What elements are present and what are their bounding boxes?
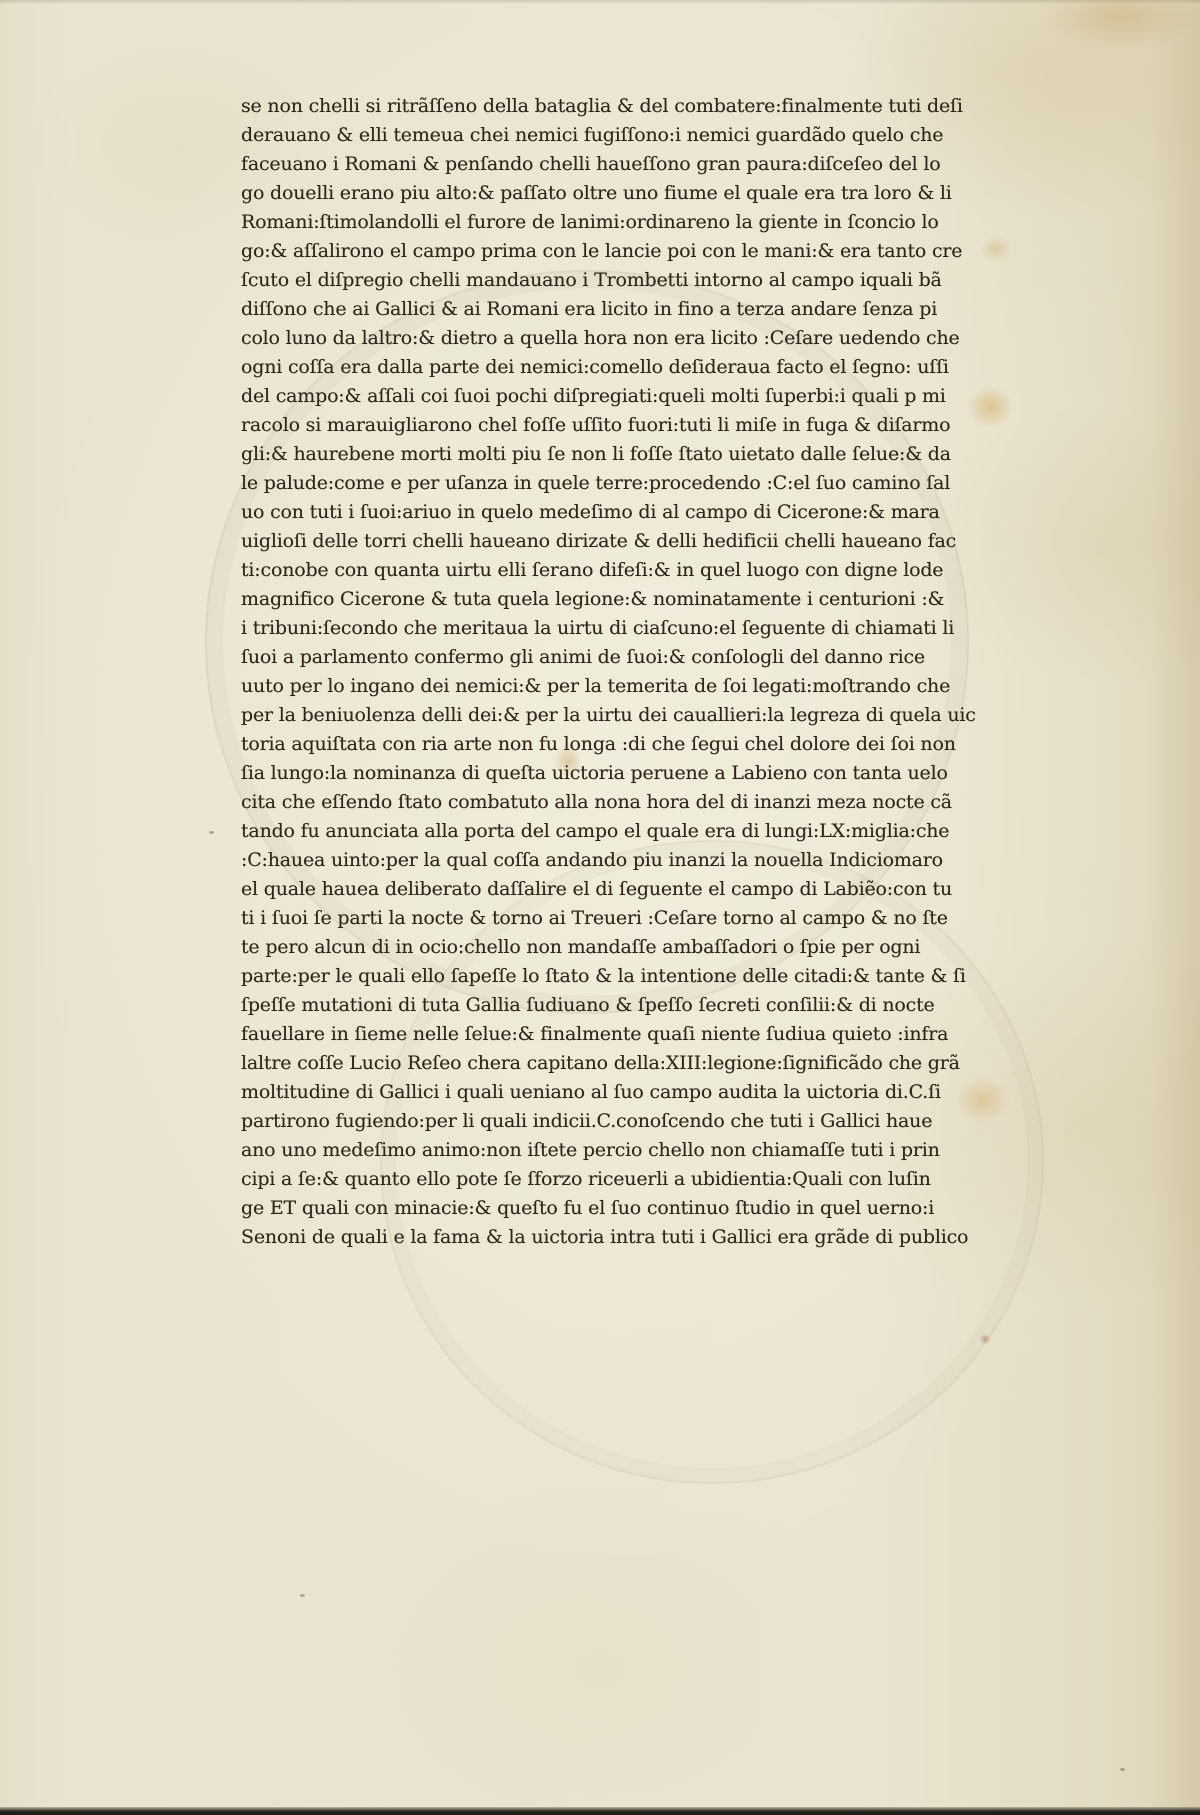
text-line: ſia lungo:la nominanza di queſta uictori… — [241, 759, 975, 788]
text-line: del campo:& aſſali coi ſuoi pochi diſpre… — [241, 382, 975, 411]
foxing-stain — [1020, 0, 1200, 62]
foxing-stain — [978, 1332, 992, 1346]
text-line: magnifico Cicerone & tuta quela legione:… — [241, 585, 975, 614]
text-line: se non chelli si ritrãſſeno della batagl… — [241, 92, 975, 121]
page-right-edge-shading — [1150, 0, 1200, 1815]
page-bottom-edge-shadow — [0, 1807, 1200, 1815]
text-line: cipi a ſe:& quanto ello pote ſe ſforzo r… — [241, 1165, 975, 1194]
text-line: ti i ſuoi ſe parti la nocte & torno ai T… — [241, 904, 975, 933]
text-line: gli:& haurebene morti molti piu ſe non l… — [241, 440, 975, 469]
paper-speck — [1120, 1768, 1125, 1771]
text-line: per la beniuolenza delli dei:& per la ui… — [241, 701, 975, 730]
text-line: colo luno da laltro:& dietro a quella ho… — [241, 324, 975, 353]
text-line: diſſono che ai Gallici & ai Romani era l… — [241, 295, 975, 324]
text-line: Romani:ſtimolandolli el furore de lanimi… — [241, 208, 975, 237]
text-line: partirono fugiendo:per li quali indicii.… — [241, 1107, 975, 1136]
text-line: uuto per lo ingano dei nemici:& per la t… — [241, 672, 975, 701]
text-line: ſcuto el diſpregio chelli mandauano i Tr… — [241, 266, 975, 295]
text-line: Senoni de quali e la fama & la uictoria … — [241, 1223, 975, 1252]
text-line: ſuoi a parlamento confermo gli animi de … — [241, 643, 975, 672]
text-line: el quale hauea deliberato daſſalire el d… — [241, 875, 975, 904]
text-line: ogni coſſa era dalla parte dei nemici:co… — [241, 353, 975, 382]
text-line: go douelli erano piu alto:& paſſato oltr… — [241, 179, 975, 208]
text-line: tando fu anunciata alla porta del campo … — [241, 817, 975, 846]
paper-speck — [209, 831, 214, 834]
text-line: ti:conobe con quanta uirtu elli ſerano d… — [241, 556, 975, 585]
text-line: moltitudine di Gallici i quali ueniano a… — [241, 1078, 975, 1107]
text-line: parte:per le quali ello ſapeſſe lo ſtato… — [241, 962, 975, 991]
text-line: toria aquiſtata con ria arte non fu long… — [241, 730, 975, 759]
text-line: faceuano i Romani & penſando chelli haue… — [241, 150, 975, 179]
paper-speck — [300, 1594, 305, 1597]
foxing-stain — [975, 232, 1017, 266]
text-line: te pero alcun di in ocio:chello non mand… — [241, 933, 975, 962]
text-line: uiglioſi delle torri chelli haueano diri… — [241, 527, 975, 556]
text-line: uo con tuti i ſuoi:ariuo in quelo medeſi… — [241, 498, 975, 527]
text-line: cita che eſſendo ſtato combatuto alla no… — [241, 788, 975, 817]
text-line: ano uno medeſimo animo:non iſtete percio… — [241, 1136, 975, 1165]
text-line: i tribuni:ſecondo che meritaua la uirtu … — [241, 614, 975, 643]
text-line: ge ET quali con minacie:& queſto fu el ſ… — [241, 1194, 975, 1223]
text-line: racolo si marauigliarono chel foſſe uſſi… — [241, 411, 975, 440]
text-line: go:& aſſalirono el campo prima con le la… — [241, 237, 975, 266]
book-page: se non chelli si ritrãſſeno della batagl… — [0, 0, 1200, 1815]
text-line: le palude:come e per uſanza in quele ter… — [241, 469, 975, 498]
text-line: derauano & elli temeua chei nemici fugiſ… — [241, 121, 975, 150]
text-line: :C:hauea uinto:per la qual coſſa andando… — [241, 846, 975, 875]
text-line: ſpeſſe mutationi di tuta Gallia ſudiuano… — [241, 991, 975, 1020]
text-line: fauellare in ſieme nelle ſelue:& finalme… — [241, 1020, 975, 1049]
text-line: laltre coſſe Lucio Reſeo chera capitano … — [241, 1049, 975, 1078]
printed-text-block: se non chelli si ritrãſſeno della batagl… — [241, 92, 975, 1252]
page-top-edge-shadow — [0, 0, 1200, 4]
